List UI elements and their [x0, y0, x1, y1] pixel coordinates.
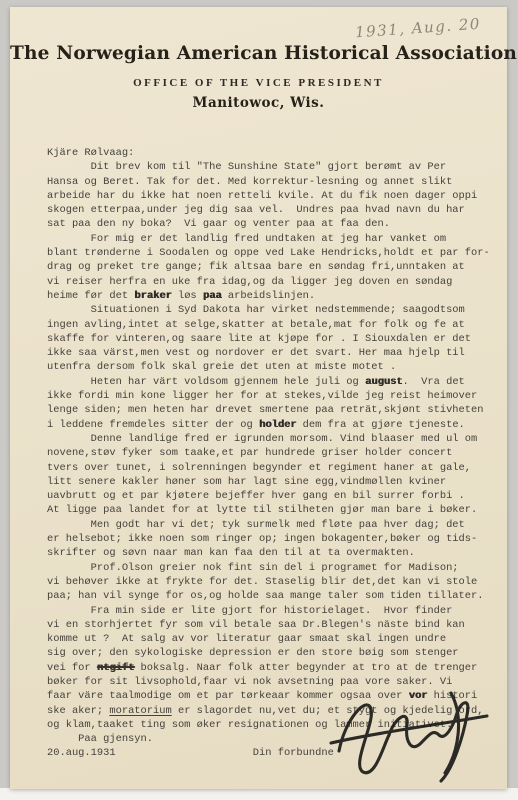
line-text: komme ut ? At salg av vor literatur gaar… — [47, 633, 446, 645]
line-text: Prof.Olson greier nok fint sin del i pro… — [47, 562, 459, 574]
letter-line: arbeide har du ikke hat noen retteli kvi… — [47, 189, 501, 203]
line-text: heime før det — [47, 290, 134, 302]
line-text: lenge siden; men heten har drevet smerte… — [47, 404, 483, 416]
line-text: 20.aug.1931 Din forbundne — [47, 747, 334, 759]
line-text: skrifter og søvn naar man kan faa den ti… — [47, 547, 415, 559]
letter-line: er helsebot; ikke noen som ringer op; in… — [47, 532, 501, 546]
line-text: blant trønderne i Soodalen og oppe ved L… — [47, 247, 490, 259]
letter-line: novene,støv fyker som taake,et par hundr… — [47, 446, 501, 460]
line-text: ske aker; — [47, 705, 109, 717]
line-text: sat paa den ny boka? Vi gaar og venter p… — [47, 218, 390, 230]
letter-line: i leddene fremdeles sitter der og holder… — [47, 418, 501, 432]
line-text: vi reiser herfra en uke fra idag,og da l… — [47, 276, 452, 288]
letter-line: skogen etterpaa,under jeg dig saa vel. U… — [47, 203, 501, 217]
line-text: novene,støv fyker som taake,et par hundr… — [47, 447, 452, 459]
letter-line: komme ut ? At salg av vor literatur gaar… — [47, 632, 501, 646]
line-text: litt senere kakler høner som har lagt si… — [47, 476, 446, 488]
letter-line: tvers over tunet, i solrenningen begynde… — [47, 461, 501, 475]
line-text: Denne landlige fred er igrunden morsom. … — [47, 433, 477, 445]
line-text: er helsebot; ikke noen som ringer op; in… — [47, 533, 477, 545]
letter-line: utenfra dersom folk skal greie det uten … — [47, 360, 501, 374]
city-line: Manitowoc, Wis. — [10, 95, 507, 111]
overtyped-word: august — [365, 376, 402, 388]
line-text: utenfra dersom folk skal greie det uten … — [47, 361, 396, 373]
line-text: For mig er det landlig fred undtaken at … — [47, 233, 446, 245]
letter-line: skrifter og søvn naar man kan faa den ti… — [47, 546, 501, 560]
letter-line: Men godt har vi det; tyk surmelk med flø… — [47, 518, 501, 532]
line-text: Heten har värt voldsom gjennem hele juli… — [47, 376, 365, 388]
letter-line: At ligge paa landet for at lytte til sti… — [47, 503, 501, 517]
line-text: paa; han vil synge for os,og holde saa m… — [47, 590, 483, 602]
letter-line: Denne landlige fred er igrunden morsom. … — [47, 432, 501, 446]
line-text: dem fra at gjøre tjeneste. — [296, 419, 464, 431]
letter-line: skaffe for vinteren,og saare lite at kjø… — [47, 332, 501, 346]
line-text: Hansa og Beret. Tak for det. Med korrekt… — [47, 176, 452, 188]
line-text: skaffe for vinteren,og saare lite at kjø… — [47, 333, 471, 345]
line-text: Dit brev kom til "The Sunshine State" gj… — [47, 161, 446, 173]
line-text: ikke saa värst,men vest og nordover er d… — [47, 347, 465, 359]
letter-line: vi en storhjertet fyr som vil betale saa… — [47, 618, 501, 632]
letter-line: sat paa den ny boka? Vi gaar og venter p… — [47, 217, 501, 231]
letter-line: lenge siden; men heten har drevet smerte… — [47, 403, 501, 417]
letter-line: uavbrutt og et par kjøtere bejeffer hver… — [47, 489, 501, 503]
organization-name: The Norwegian American Historical Associ… — [10, 43, 507, 64]
struck-out-word: ntgift — [97, 662, 134, 674]
line-text: boksalg. Naar folk atter begynder at tro… — [134, 662, 477, 674]
letter-line: litt senere kakler høner som har lagt si… — [47, 475, 501, 489]
line-text: vei for — [47, 662, 97, 674]
line-text: Kjäre Rølvaag: — [47, 147, 134, 159]
line-text: ikke fordi min kone ligger her for at st… — [47, 390, 477, 402]
letter-line: blant trønderne i Soodalen og oppe ved L… — [47, 246, 501, 260]
letter-line: ikke fordi min kone ligger her for at st… — [47, 389, 501, 403]
line-text: tvers over tunet, i solrenningen begynde… — [47, 462, 471, 474]
underlined-word: moratorium — [109, 705, 171, 717]
line-text: i leddene fremdeles sitter der og — [47, 419, 259, 431]
letter-line: Dit brev kom til "The Sunshine State" gj… — [47, 160, 501, 174]
letter-line: vi reiser herfra en uke fra idag,og da l… — [47, 275, 501, 289]
letter-line: ingen avling,intet at selge,skatter at b… — [47, 318, 501, 332]
letter-line: paa; han vil synge for os,og holde saa m… — [47, 589, 501, 603]
line-text: skogen etterpaa,under jeg dig saa vel. U… — [47, 204, 465, 216]
line-text: At ligge paa landet for at lytte til sti… — [47, 504, 477, 516]
line-text: arbeide har du ikke hat noen retteli kvi… — [47, 190, 477, 202]
line-text: uavbrutt og et par kjøtere bejeffer hver… — [47, 490, 465, 502]
line-text: arbeidslinjen. — [222, 290, 316, 302]
line-text: . Vra det — [402, 376, 464, 388]
letter-line: sig over; den sykologiske depression er … — [47, 646, 501, 660]
line-text: sig over; den sykologiske depression er … — [47, 647, 459, 659]
letter-paper: 1931, Aug. 20 The Norwegian American His… — [10, 7, 507, 789]
letter-line: ikke saa värst,men vest og nordover er d… — [47, 346, 501, 360]
line-text: Situationen i Syd Dakota har virket neds… — [47, 304, 465, 316]
office-line: OFFICE OF THE VICE PRESIDENT — [10, 77, 507, 89]
line-text: løs — [172, 290, 203, 302]
line-text: Paa gjensyn. — [47, 733, 153, 745]
overtyped-word: braker — [134, 290, 171, 302]
letter-line: vi behøver ikke at frykte for det. Stase… — [47, 575, 501, 589]
line-text: Fra min side er lite gjort for historiel… — [47, 605, 452, 617]
overtyped-word: paa — [203, 290, 222, 302]
photo-background: 1931, Aug. 20 The Norwegian American His… — [0, 0, 518, 800]
signature-handwriting — [323, 685, 495, 793]
letter-line: Heten har värt voldsom gjennem hele juli… — [47, 375, 501, 389]
overtyped-word: holder — [259, 419, 296, 431]
line-text: vi en storhjertet fyr som vil betale saa… — [47, 619, 465, 631]
letter-line: Fra min side er lite gjort for historiel… — [47, 604, 501, 618]
line-text: ingen avling,intet at selge,skatter at b… — [47, 319, 465, 331]
letter-line: For mig er det landlig fred undtaken at … — [47, 232, 501, 246]
letter-line: Situationen i Syd Dakota har virket neds… — [47, 303, 501, 317]
letter-line: vei for ntgift boksalg. Naar folk atter … — [47, 661, 501, 675]
line-text: vi behøver ikke at frykte for det. Stase… — [47, 576, 477, 588]
letter-line: Prof.Olson greier nok fint sin del i pro… — [47, 561, 501, 575]
letter-line: drag og preket tre gange; fik altsaa bar… — [47, 260, 501, 274]
letter-lines: Kjäre Rølvaag: Dit brev kom til "The Sun… — [47, 146, 501, 761]
letter-line: Hansa og Beret. Tak for det. Med korrekt… — [47, 175, 501, 189]
line-text: Men godt har vi det; tyk surmelk med flø… — [47, 519, 465, 531]
letter-line: heime før det braker løs paa arbeidslinj… — [47, 289, 501, 303]
line-text: drag og preket tre gange; fik altsaa bar… — [47, 261, 465, 273]
letter-line: Kjäre Rølvaag: — [47, 146, 501, 160]
